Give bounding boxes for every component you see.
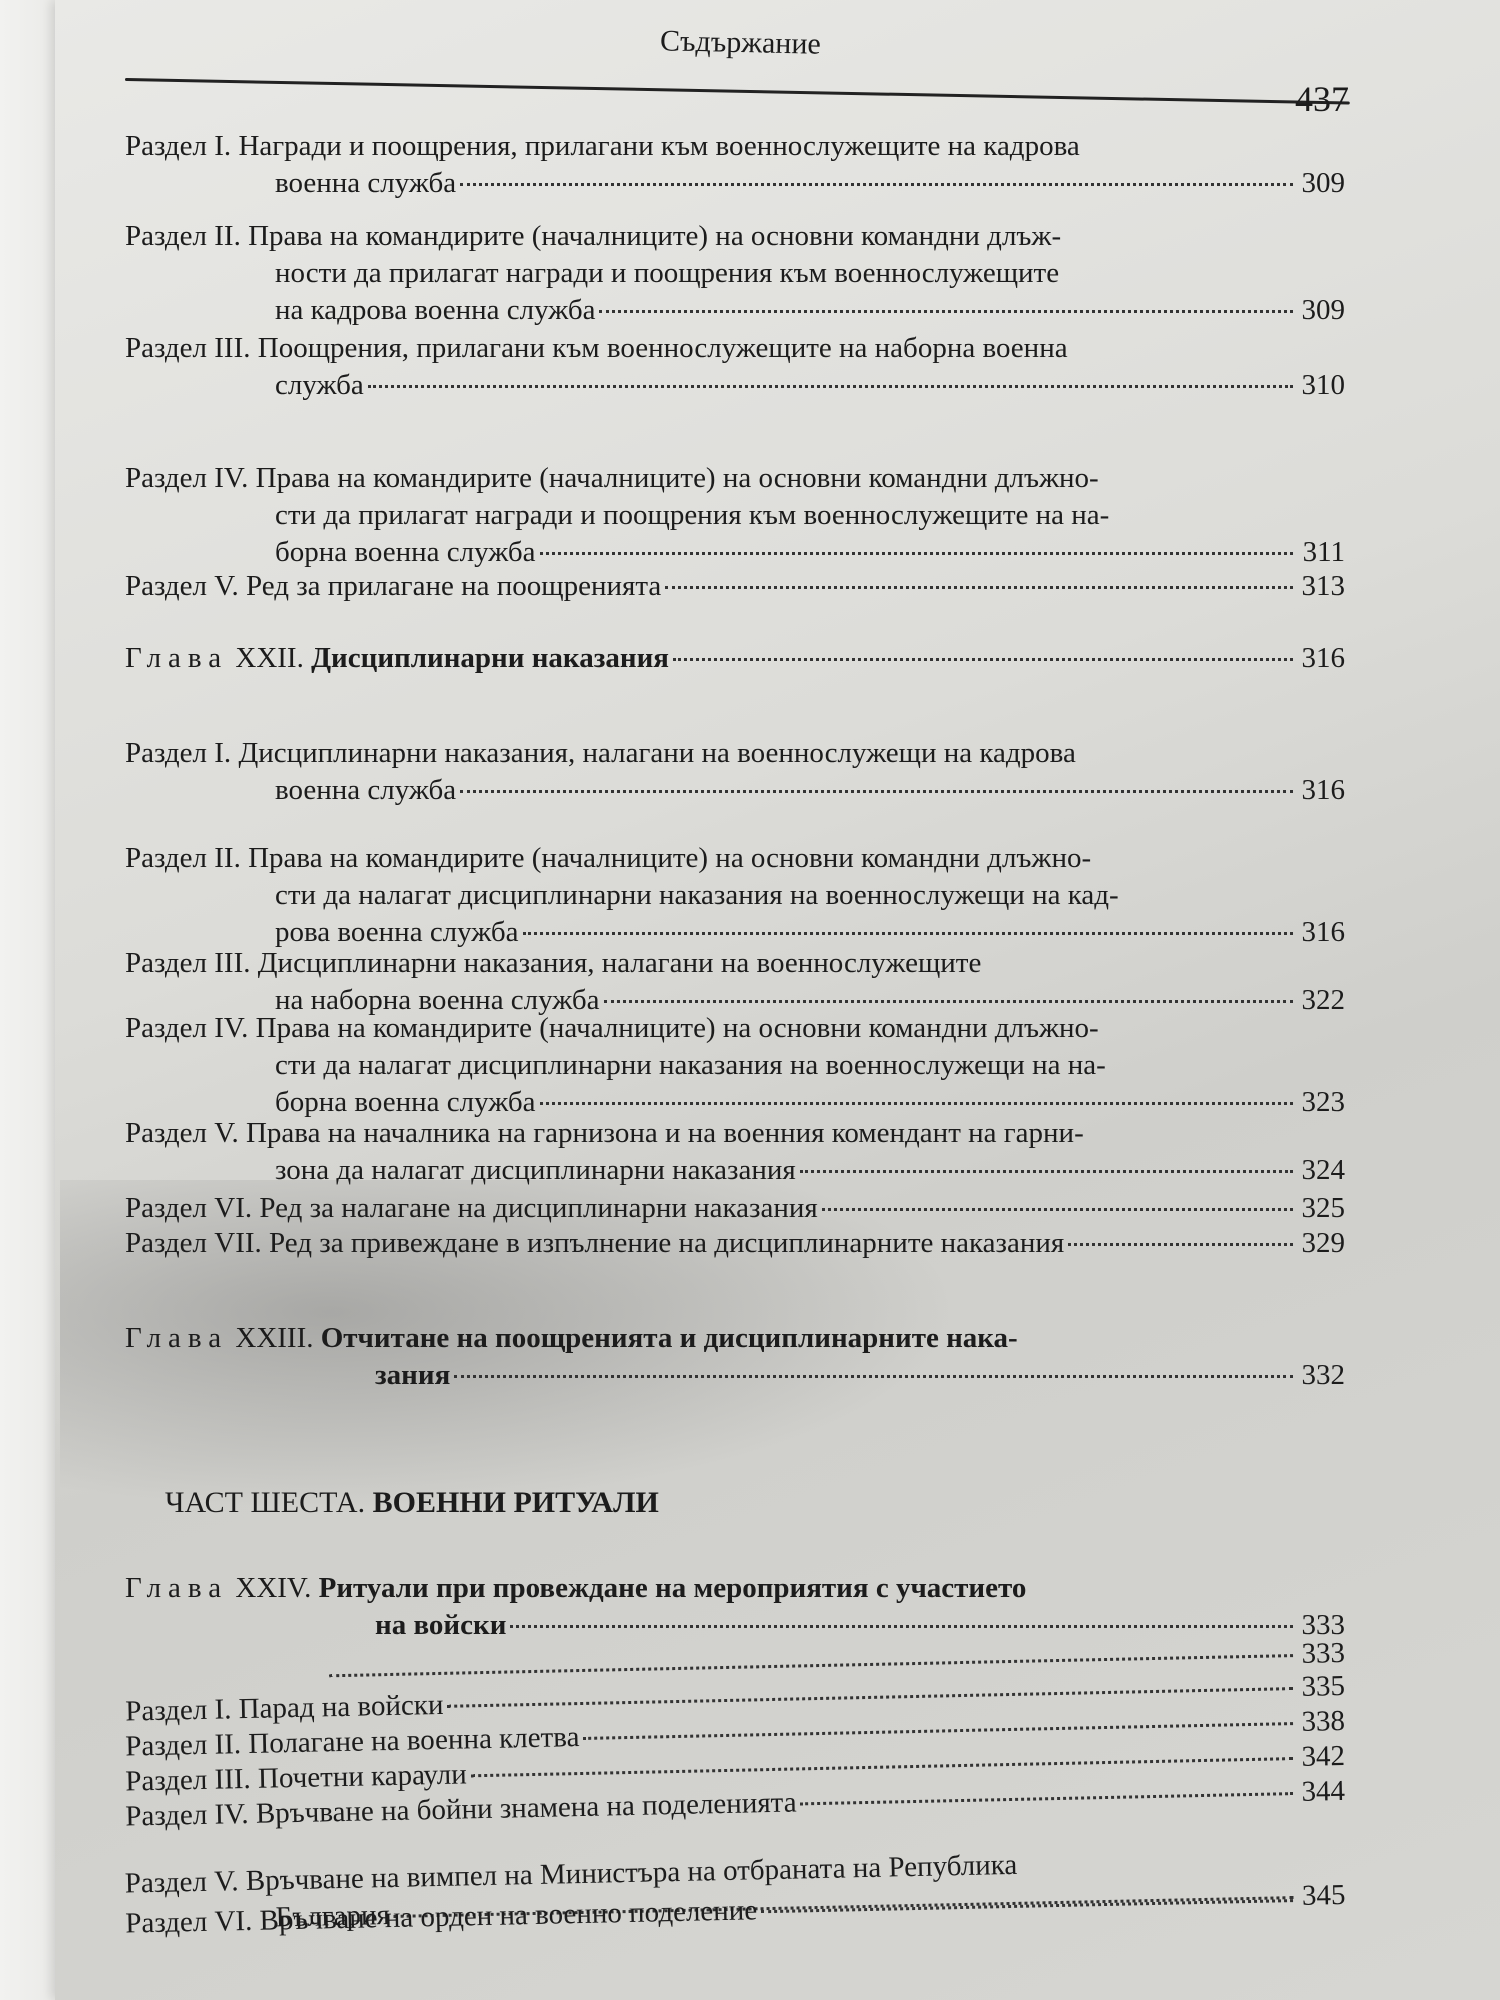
chapter-title: Отчитане на поощренията и дисциплинарнит… <box>321 1320 1018 1357</box>
toc-section-entry[interactable]: Раздел I. Дисциплинарни наказания, налаг… <box>125 735 1345 809</box>
toc-page-number: 311 <box>1297 534 1345 571</box>
dot-leader <box>471 1757 1293 1777</box>
dot-leader <box>665 586 1293 589</box>
dot-leader <box>583 1722 1293 1740</box>
dot-leader <box>800 1792 1293 1805</box>
toc-section-entry[interactable]: Раздел VI. Ред за налагане на дисциплина… <box>125 1190 1345 1227</box>
section-title: Права на началника на гарнизона и на вое… <box>246 1115 1084 1152</box>
table-of-contents: Раздел I. Награди и поощрения, прилагани… <box>0 0 1500 2000</box>
dot-leader <box>460 790 1293 793</box>
toc-line: Глава XXII. Дисциплинарни наказания316 <box>125 640 1345 677</box>
section-title: Права на командирите (началниците) на ос… <box>248 218 1061 255</box>
section-title-continued: военна служба <box>275 772 456 809</box>
toc-line: военна служба316 <box>125 772 1345 809</box>
toc-section-entry[interactable]: Раздел II. Права на командирите (начални… <box>125 840 1345 951</box>
section-label: Раздел IV. <box>125 460 256 497</box>
section-label: Раздел III. <box>125 330 258 367</box>
section-title: Награди и поощрения, прилагани към военн… <box>238 128 1079 165</box>
toc-line: Раздел V. Ред за прилагане на поощреният… <box>125 568 1345 605</box>
section-label: Раздел III. <box>125 945 258 982</box>
toc-chapter-entry[interactable]: Глава XXIV. Ритуали при провеждане на ме… <box>125 1570 1345 1644</box>
section-title-continued: зания <box>375 1357 450 1394</box>
section-label: Раздел II. <box>125 1726 249 1766</box>
section-title: Ред за привеждане в изпълнение на дисцип… <box>269 1225 1064 1262</box>
section-title: Права на командирите (началниците) на ос… <box>248 840 1091 877</box>
toc-page-number: 329 <box>1297 1225 1345 1262</box>
chapter-title: Ритуали при провеждане на мероприятия с … <box>319 1570 1027 1607</box>
section-label: Раздел V. <box>125 1115 246 1152</box>
toc-line: Раздел I. Дисциплинарни наказания, налаг… <box>125 735 1345 772</box>
dot-leader <box>454 1375 1293 1378</box>
section-title: Ред за налагане на дисциплинарни наказан… <box>259 1190 817 1227</box>
section-title-continued: сти да налагат дисциплинарни наказания н… <box>275 1047 1106 1084</box>
dot-leader <box>761 1899 1293 1913</box>
section-title-continued: борна военна служба <box>275 534 536 571</box>
section-title: Ред за прилагане на поощренията <box>246 568 661 605</box>
toc-line: зона да налагат дисциплинарни наказания3… <box>125 1152 1345 1189</box>
dot-leader <box>673 658 1293 661</box>
dot-leader <box>523 932 1293 935</box>
toc-line: сти да налагат дисциплинарни наказания н… <box>125 1047 1345 1084</box>
toc-page-number <box>1297 1907 1345 1908</box>
toc-line: служба310 <box>125 367 1345 404</box>
dot-leader <box>599 310 1293 313</box>
dot-leader <box>510 1625 1293 1628</box>
section-title: Поощрения, прилагани към военнослужещите… <box>258 330 1068 367</box>
toc-line: Раздел IV. Права на командирите (начални… <box>125 460 1345 497</box>
toc-line: Раздел II. Права на командирите (начални… <box>125 218 1345 255</box>
dot-leader <box>604 1000 1293 1003</box>
section-title-continued: сти да налагат дисциплинарни наказания н… <box>275 877 1119 914</box>
toc-page-number: 316 <box>1297 772 1345 809</box>
toc-line: сти да налагат дисциплинарни наказания н… <box>125 877 1345 914</box>
chapter-title: Дисциплинарни наказания <box>311 640 669 677</box>
toc-section-entry[interactable]: Раздел V. Права на началника на гарнизон… <box>125 1115 1345 1189</box>
dot-leader <box>540 552 1293 555</box>
section-label: Раздел VII. <box>125 1225 269 1262</box>
section-label: Раздел I. <box>125 128 238 165</box>
chapter-number: XXIII. <box>228 1320 321 1357</box>
section-title-continued: на войски <box>375 1607 506 1644</box>
toc-line: Раздел VII. Ред за привеждане в изпълнен… <box>125 1225 1345 1262</box>
chapter-number: XXII. <box>228 640 311 677</box>
section-title: Права на командирите (началниците) на ос… <box>256 1010 1099 1047</box>
toc-page-number: 309 <box>1297 165 1345 202</box>
dot-leader <box>368 385 1293 388</box>
section-title-continued: зона да налагат дисциплинарни наказания <box>275 1152 796 1189</box>
section-title-continued: на кадрова военна служба <box>275 292 595 329</box>
section-label: Раздел II. <box>125 218 248 255</box>
section-label: Раздел VI. <box>125 1903 260 1943</box>
toc-line: Раздел V. Права на началника на гарнизон… <box>125 1115 1345 1152</box>
toc-section-entry[interactable]: Раздел II. Права на командирите (начални… <box>125 218 1345 329</box>
toc-line: сти да прилагат награди и поощрения към … <box>125 497 1345 534</box>
toc-page-number: 309 <box>1297 292 1345 329</box>
toc-line: Раздел III. Поощрения, прилагани към вое… <box>125 330 1345 367</box>
toc-line: зания332 <box>125 1357 1345 1394</box>
section-title-continued: ности да прилагат награди и поощрения къ… <box>275 255 1059 292</box>
toc-line: военна служба309 <box>125 165 1345 202</box>
section-title-continued: служба <box>275 367 364 404</box>
toc-section-entry[interactable]: Раздел I. Награди и поощрения, прилагани… <box>125 128 1345 202</box>
toc-section-entry[interactable]: Раздел III. Поощрения, прилагани към вое… <box>125 330 1345 404</box>
section-label: Раздел VI. <box>125 1190 259 1227</box>
section-label: Раздел III. <box>125 1761 259 1801</box>
toc-section-entry[interactable]: Раздел V. Ред за прилагане на поощреният… <box>125 568 1345 605</box>
toc-line: Глава XXIV. Ритуали при провеждане на ме… <box>125 1570 1345 1607</box>
chapter-word: Глава <box>125 1320 228 1357</box>
toc-page-number: 338 <box>1297 1703 1346 1741</box>
toc-line: Раздел VI. Ред за налагане на дисциплина… <box>125 1190 1345 1227</box>
section-label: Раздел IV. <box>125 1796 256 1836</box>
toc-page-number: 316 <box>1297 640 1345 677</box>
section-label: Раздел I. <box>125 735 238 772</box>
toc-page-number: 310 <box>1297 367 1345 404</box>
toc-line: борна военна служба311 <box>125 534 1345 571</box>
toc-line: Раздел II. Права на командирите (начални… <box>125 840 1345 877</box>
part-heading: ЧАСТ ШЕСТА. ВОЕННИ РИТУАЛИ <box>165 1486 659 1520</box>
toc-line: Раздел IV. Права на командирите (начални… <box>125 1010 1345 1047</box>
dot-leader <box>540 1102 1293 1105</box>
toc-page-number: 335 <box>1297 1668 1346 1706</box>
toc-section-entry[interactable]: Раздел III. Дисциплинарни наказания, нал… <box>125 945 1345 1019</box>
toc-page-number: 342 <box>1297 1738 1346 1776</box>
section-label: Раздел V. <box>125 568 246 605</box>
toc-line: на кадрова военна служба309 <box>125 292 1345 329</box>
section-label: Раздел II. <box>125 840 248 877</box>
toc-line: Раздел III. Дисциплинарни наказания, нал… <box>125 945 1345 982</box>
toc-line: Глава XXIII. Отчитане на поощренията и д… <box>125 1320 1345 1357</box>
toc-chapter-entry[interactable]: Глава XXIII. Отчитане на поощренията и д… <box>125 1320 1345 1394</box>
toc-page-number: 344 <box>1297 1773 1346 1811</box>
dot-leader <box>822 1208 1293 1211</box>
section-label: Раздел V. <box>124 1863 246 1903</box>
toc-section-entry[interactable]: Раздел VII. Ред за привеждане в изпълнен… <box>125 1225 1345 1262</box>
chapter-word: Глава <box>125 640 228 677</box>
section-label: Раздел I. <box>125 1691 239 1730</box>
dot-leader <box>460 183 1293 186</box>
toc-line: ности да прилагат награди и поощрения къ… <box>125 255 1345 292</box>
section-title: Права на командирите (началниците) на ос… <box>256 460 1099 497</box>
toc-chapter-entry[interactable]: Глава XXII. Дисциплинарни наказания316 <box>125 640 1345 677</box>
section-title-continued: военна служба <box>275 165 456 202</box>
part-prefix: ЧАСТ ШЕСТА. <box>165 1486 373 1519</box>
section-label: Раздел IV. <box>125 1010 256 1047</box>
toc-page-number: 313 <box>1297 568 1345 605</box>
toc-section-entry[interactable]: Раздел IV. Права на командирите (начални… <box>125 460 1345 571</box>
toc-page-number: 324 <box>1297 1152 1345 1189</box>
toc-page-number: 325 <box>1297 1190 1345 1227</box>
toc-page-number: 332 <box>1297 1357 1345 1394</box>
dot-leader <box>447 1687 1293 1708</box>
toc-section-entry[interactable]: Раздел IV. Права на командирите (начални… <box>125 1010 1345 1121</box>
part-title: ВОЕННИ РИТУАЛИ <box>373 1486 659 1519</box>
dot-leader <box>1068 1243 1293 1246</box>
chapter-word: Глава <box>125 1570 228 1607</box>
toc-line: Раздел I. Награди и поощрения, прилагани… <box>125 128 1345 165</box>
dot-leader <box>800 1170 1293 1173</box>
section-title-continued: сти да прилагат награди и поощрения към … <box>275 497 1109 534</box>
section-title: Дисциплинарни наказания, налагани на вое… <box>238 735 1075 772</box>
chapter-number: XXIV. <box>228 1570 319 1607</box>
section-title: Дисциплинарни наказания, налагани на вое… <box>258 945 982 982</box>
